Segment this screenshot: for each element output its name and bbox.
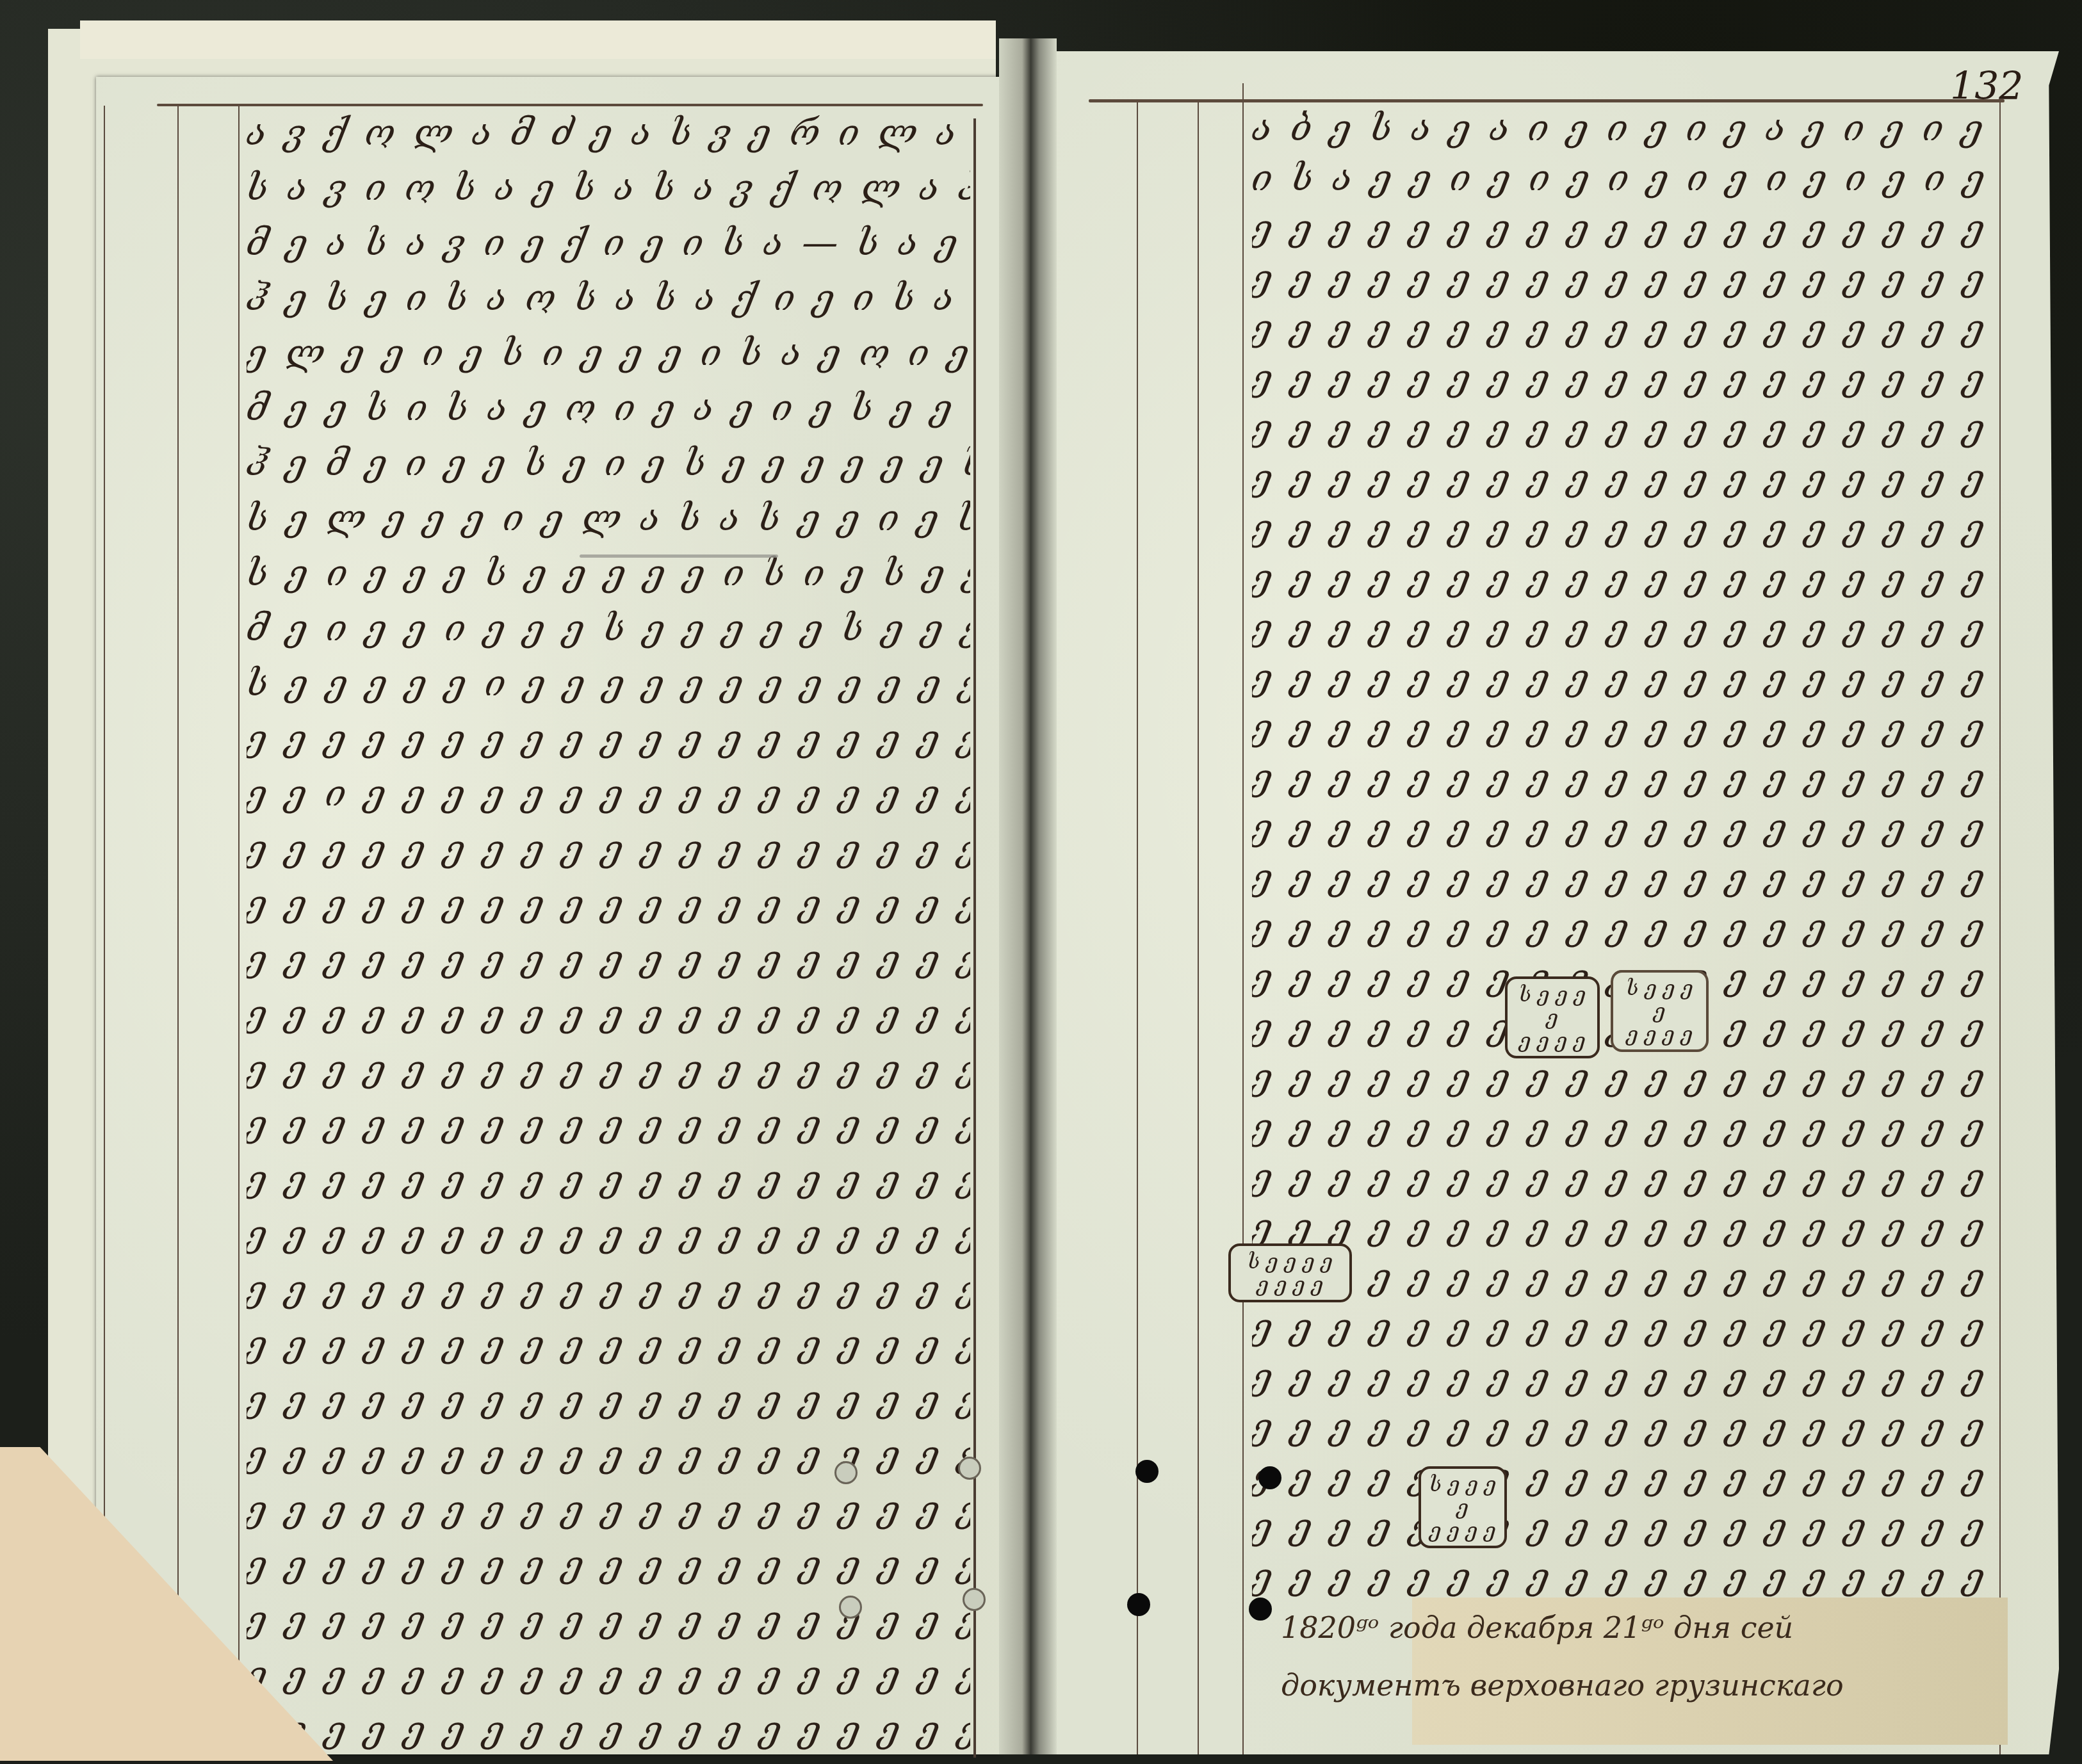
- manuscript-line: ე ე ე ე ე ე ე ე ე ე ე ე ე ე ე ე ე ე ე ე: [1252, 907, 1995, 948]
- seal-line: ს ე ე ე ე: [1427, 1473, 1498, 1519]
- manuscript-line: ე ე ე ე ე ე ე ე ე ე ე ე ე ე ე ე ე ე ე ე: [1252, 1206, 1995, 1248]
- page-number: 132: [1950, 64, 2024, 109]
- manuscript-line: ე ე ე ე ე ე ე ე ე ე ე ე ე ე ე ე ე ე ე ე: [1252, 707, 1995, 748]
- seal-line: ე ე ე ე: [1514, 1029, 1591, 1052]
- manuscript-line: ე ე ე ე ე ე ე ე ე ე ე ე ე ე ე ე ე ე ე ე: [247, 883, 970, 925]
- manuscript-line: ე ე ე ე ე ე ე ე ე ე ე ე ე ე ე ე ე ე ე ე: [1252, 807, 1995, 848]
- manuscript-line: ე ე ე ე ე ე ე ე ე ე ე ე ე ე ე ე ე ე ე ე: [247, 1158, 970, 1200]
- manuscript-line: ე ე ე ე ე ე ე ე ე ე ე ე ე ე ე ე ე ე ე ე: [1252, 1356, 1995, 1398]
- underlying-leaf: [80, 20, 996, 59]
- manuscript-line: ე ე ე ე ე ე ე ე ე ე ე ე ე ე ე ე ე ე ე ე: [1252, 1306, 1995, 1348]
- manuscript-line: ს ე ლ ე ე ე ი ე ლ ა ს ა ს ე ე ი ე ს ე ე …: [247, 498, 970, 539]
- manuscript-line: ე ე ე ე ე ე ე ე ე ე ე ე ე ე ე ე ე ე ე ე: [247, 1323, 970, 1365]
- right-column-rule-1: [1137, 102, 1138, 1754]
- manuscript-line: ე ე ი ე ე ე ე ე ე ე ე ე ე ე ე ე ე ე ე ე: [247, 773, 970, 814]
- seal-line: ს ე ე ე ე: [1620, 976, 1700, 1023]
- punch-hole-torn: [963, 1588, 986, 1611]
- seal-line: ე ე ე ე: [1620, 1023, 1700, 1046]
- manuscript-line: ე ე ე ე ე ე ე ე ე ე ე ე ე ე ე ე ე ე ე ე: [1252, 307, 1995, 349]
- manuscript-line: ე ე ე ე ე ე ე ე ე ე ე ე ე ე ე ე ე ე ე ე: [247, 1489, 970, 1530]
- manuscript-line: ე ე ე ე ე ე ე ე ე ე ე ე ე ე ე ე ე ე ე ე: [247, 1709, 970, 1751]
- manuscript-line: ე ე ე ე ე ე ე ე ე ე ე ე ე ე ე ე ე ე ე ე: [1252, 457, 1995, 499]
- manuscript-line: ე ე ე ე ე ე ე ე ე ე ე ე ე ე ე ე ე ე ე ე: [1252, 1156, 1995, 1198]
- right-column-rule-3: [1242, 83, 1244, 1754]
- seal-line: ე ე ე ე: [1427, 1519, 1498, 1542]
- punch-hole: [1135, 1460, 1159, 1483]
- manuscript-line: ე ე ე ე ე ე ე ე ე ე ე ე ე ე ე ე ე ე ე ე: [1252, 507, 1995, 549]
- right-page-top-rule: [1089, 99, 2005, 102]
- manuscript-line: ს ა ვ ი ო ს ა ე ს ა ს ა ვ ქ ო ლ ა ჰ ე რ …: [247, 167, 970, 209]
- seal-line: ე ე ე ე: [1237, 1273, 1343, 1296]
- manuscript-line: ე ე ე ე ე ე ე ე ე ე ე ე ე ე ე ე ე ე ე ე: [247, 828, 970, 870]
- punch-hole-torn: [839, 1596, 862, 1619]
- manuscript-line: ს ე ი ე ე ე ს ე ე ე ე ე ი ს ი ე ს ე ე ს …: [247, 553, 970, 594]
- manuscript-line: მ ე ა ს ა ვ ი ე ქ ი ე ი ს ა — ს ა ე ს ლ …: [247, 222, 970, 264]
- manuscript-line: მ ე ი ე ე ი ე ე ე ს ე ე ე ე ე ს ე ე ე ე: [247, 608, 970, 649]
- left-margin-rule: [973, 118, 976, 1758]
- left-column-rule-2: [177, 106, 179, 1758]
- punch-hole: [1249, 1598, 1272, 1621]
- seal-line: ს ე ე ე ე: [1237, 1250, 1343, 1273]
- manuscript-line: მ ე ე ს ი ს ა ე ო ი ე ა ე ი ე ს ე ე ი ს …: [247, 387, 970, 429]
- manuscript-line: ე ე ე ე ე ე ე ე ე ე ე ე ე ე ე ე ე ე ე ე: [1252, 1256, 1995, 1298]
- manuscript-line: ე ე ე ე ე ე ე ე ე ე ე ე ე ე ე ე ე ე ე ე: [1252, 857, 1995, 898]
- manuscript-line: ე ე ე ე ე ე ე ე ე ე ე ე ე ე ე ე ე ე ე ე: [1252, 1456, 1995, 1498]
- manuscript-line: ჰ ე მ ე ი ე ე ს ე ი ე ს ე ე ე ე ე ე ს ე: [247, 442, 970, 484]
- manuscript-line: ე ე ე ე ე ე ე ე ე ე ე ე ე ე ე ე ე ე ე ე: [1252, 407, 1995, 449]
- manuscript-line: ე ე ე ე ე ე ე ე ე ე ე ე ე ე ე ე ე ე ე ე: [247, 718, 970, 759]
- seal-line: ს ე ე ე ე: [1514, 983, 1591, 1029]
- punch-hole-torn: [958, 1457, 981, 1480]
- manuscript-line: ე ე ე ე ე ე ე ე ე ე ე ე ე ე ე ე ე ე ე ე: [247, 1434, 970, 1475]
- manuscript-line: ე ე ე ე ე ე ე ე ე ე ე ე ე ე ე ე ე ე ე ე: [1252, 257, 1995, 299]
- manuscript-line: ე ე ე ე ე ე ე ე ე ე ე ე ე ე ე ე ე ე ე ე: [1252, 557, 1995, 599]
- manuscript-line: ე ე ე ე ე ე ე ე ე ე ე ე ე ე ე ე ე ე ე ე: [247, 1654, 970, 1695]
- right-page-text: ა ბ ე ს ა ე ა ი ე ი ე ი ე ა ე ი ე ი ე ი …: [1252, 108, 1995, 1599]
- manuscript-line: ე ე ე ე ე ე ე ე ე ე ე ე ე ე ე ე ე ე ე ე: [1252, 757, 1995, 798]
- manuscript-line: ე ე ე ე ე ე ე ე ე ე ე ე ე ე ე ე ე ე ე ე: [1252, 1056, 1995, 1098]
- right-margin-rule: [1999, 102, 2001, 1754]
- manuscript-line: ე ე ე ე ე ე ე ე ე ე ე ე ე ე ე ე ე ე ე ე: [247, 993, 970, 1035]
- manuscript-line: ე ე ე ე ე ე ე ე ე ე ე ე ე ე ე ე ე ე ე ე: [247, 1379, 970, 1420]
- manuscript-line: ი ს ა ე ე ი ე ი ე ი ე ი ე ი ე ი ე ი ე ი: [1252, 158, 1995, 199]
- pencil-underline: [580, 554, 778, 558]
- manuscript-line: ე ე ე ე ე ე ე ე ე ე ე ე ე ე ე ე ე ე ე ე: [247, 1103, 970, 1145]
- russian-annotation-line-2: документъ верховнаго грузинскаго: [1281, 1668, 1844, 1703]
- manuscript-line: ე ე ე ე ე ე ე ე ე ე ე ე ე ე ე ე ე ე ე ე: [247, 938, 970, 980]
- manuscript-line: ა ბ ე ს ა ე ა ი ე ი ე ი ე ა ე ი ე ი ე ი …: [1252, 108, 1995, 149]
- manuscript-line: ე ე ე ე ე ე ე ე ე ე ე ე ე ე ე ე ე ე ე ე: [1252, 1106, 1995, 1148]
- manuscript-line: ე ე ე ე ე ე ე ე ე ე ე ე ე ე ე ე ე ე ე ე: [247, 1544, 970, 1585]
- seal-stamp: ს ე ე ე ე ე ე ე ე: [1228, 1243, 1352, 1302]
- right-column-rule-2: [1198, 102, 1199, 1754]
- manuscript-line: ე ე ე ე ე ე ე ე ე ე ე ე ე ე ე ე ე ე ე ე: [1252, 357, 1995, 399]
- book-gutter: [999, 38, 1057, 1754]
- manuscript-line: ე ე ე ე ე ე ე ე ე ე ე ე ე ე ე ე ე ე ე ე: [247, 1213, 970, 1255]
- manuscript-line: ა ვ ქ ო ლ ა მ ძ ე ა ს ვ ე რ ი ლ ა ჰ ი ე …: [247, 112, 970, 154]
- left-column-rule-1: [104, 106, 105, 1758]
- punch-hole-torn: [834, 1461, 858, 1484]
- manuscript-line: ე ე ე ე ე ე ე ე ე ე ე ე ე ე ე ე ე ე ე ე: [1252, 207, 1995, 249]
- manuscript-line: ე ე ე ე ე ე ე ე ე ე ე ე ე ე ე ე ე ე ე ე: [1252, 1406, 1995, 1448]
- seal-stamp: ს ე ე ე ე ე ე ე ე: [1505, 976, 1600, 1058]
- manuscript-line: ე ე ე ე ე ე ე ე ე ე ე ე ე ე ე ე ე ე ე ე: [1252, 1506, 1995, 1548]
- seal-stamp: ს ე ე ე ე ე ე ე ე: [1419, 1466, 1507, 1548]
- left-page-top-rule: [157, 104, 983, 106]
- seal-stamp: ს ე ე ე ე ე ე ე ე: [1611, 970, 1709, 1052]
- manuscript-line: ე ე ე ე ე ე ე ე ე ე ე ე ე ე ე ე ე ე ე ე: [1252, 607, 1995, 649]
- manuscript-line: ე ე ე ე ე ე ე ე ე ე ე ე ე ე ე ე ე ე ე ე: [1252, 657, 1995, 699]
- manuscript-line: ს ე ე ე ე ე ი ე ე ე ე ე ე ე ე ე ე ე ე ე: [247, 663, 970, 704]
- manuscript-line: ჰ ე ს ე ი ს ა ო ს ა ს ა ქ ი ე ი ს ა ჰ ე …: [247, 277, 970, 319]
- punch-hole: [1127, 1593, 1150, 1616]
- left-page-text: ა ვ ქ ო ლ ა მ ძ ე ა ს ვ ე რ ი ლ ა ჰ ი ე …: [247, 112, 970, 1751]
- manuscript-line: ე ე ე ე ე ე ე ე ე ე ე ე ე ე ე ე ე ე ე ე: [247, 1268, 970, 1310]
- left-column-rule-3: [238, 106, 240, 1758]
- manuscript-line: ე ე ე ე ე ე ე ე ე ე ე ე ე ე ე ე ე ე ე ე: [1252, 1556, 1995, 1598]
- russian-annotation-line-1: 1820ᵍᵒ года декабря 21ᵍᵒ дня сей: [1281, 1610, 1793, 1645]
- manuscript-line: ე ე ე ე ე ე ე ე ე ე ე ე ე ე ე ე ე ე ე ე: [247, 1048, 970, 1090]
- manuscript-line: ე ლ ე ე ი ე ს ი ე ე ე ი ს ა ე ო ი ე ს ი …: [247, 332, 970, 374]
- punch-hole: [1258, 1466, 1281, 1489]
